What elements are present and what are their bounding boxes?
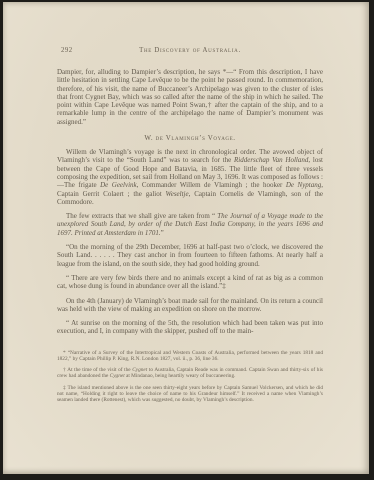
paragraph: Willem de Vlamingh’s voyage is the next … [57,148,323,206]
body-text: Dampier, for, alluding to Dampier’s desc… [57,68,323,336]
footnote: † At the time of the visit of the Cygnet… [57,367,323,379]
paragraph: On the 4th (January) de Vlamingh’s boat … [57,297,323,314]
paragraph: Dampier, for, alluding to Dampier’s desc… [57,68,323,126]
footnote: * “Narrative of a Survey of the Intertro… [57,350,323,362]
paragraph: The few extracts that we shall give are … [57,212,323,237]
footnote: ‡ The island mentioned above is the one … [57,385,323,403]
page-number: 292 [61,46,73,55]
section-heading: W. de Vlamingh’s Voyage. [57,134,323,142]
page-header: 292 The Discovery of Australia. [57,46,323,55]
paragraph: “ At sunrise on the morning of the 5th, … [57,319,323,336]
book-page: 292 The Discovery of Australia. Dampier,… [3,2,369,474]
running-title: The Discovery of Australia. [57,46,323,55]
footnotes: * “Narrative of a Survey of the Intertro… [57,350,323,403]
paragraph: “On the morning of the 29th December, 16… [57,243,323,268]
paragraph: “ There are very few birds there and no … [57,274,323,291]
scan-border: 292 The Discovery of Australia. Dampier,… [0,0,374,480]
text-block: 292 The Discovery of Australia. Dampier,… [57,46,323,408]
